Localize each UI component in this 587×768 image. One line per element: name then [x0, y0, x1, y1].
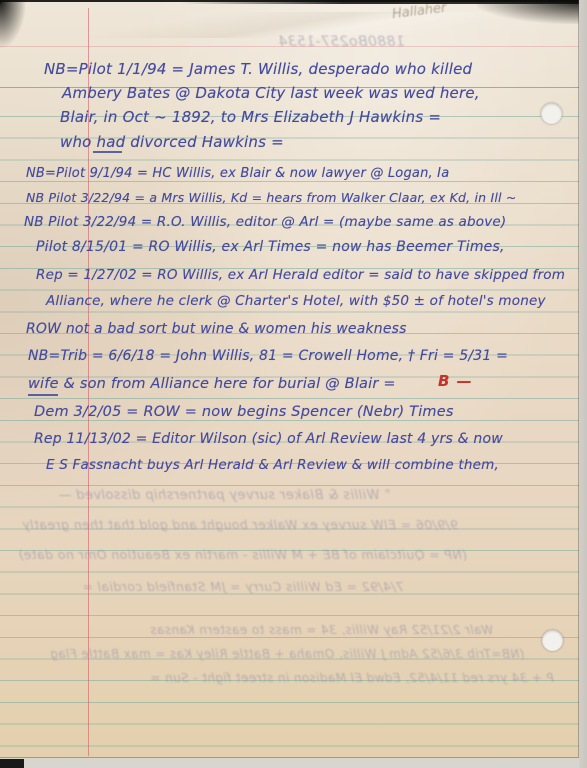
handwriting-line: Blair, in Oct ~ 1892, to Mrs Elizabeth J…: [60, 108, 441, 126]
handwriting-line: NB Pilot 3/22/94 = R.O. Willis, editor @…: [24, 214, 506, 230]
handwriting-line: Rep = 1/27/02 = RO Willis, ex Arl Herald…: [36, 267, 565, 283]
handwriting-line: Pilot 8/15/01 = RO Willis, ex Arl Times …: [36, 239, 505, 255]
bleedthrough-line: (NP = Quitclaim of BE + M Willis - marti…: [18, 547, 467, 562]
handwriting-line: Alliance, where he clerk @ Charter's Hot…: [46, 293, 546, 309]
underline-wife: [28, 394, 58, 396]
handwriting-line: E S Fassnacht buys Arl Herald & Arl Revi…: [46, 457, 499, 473]
red-ink-annotation: B —: [438, 372, 473, 390]
bleedthrough-line: " Willis & Blaker survey partnership dis…: [58, 488, 390, 503]
handwriting-line: Ambery Bates @ Dakota City last week was…: [62, 84, 480, 102]
handwriting-line: Rep 11/13/02 = Editor Wilson (sic) of Ar…: [34, 431, 503, 447]
bleedthrough-line: P + 34 yrs red 11/4/52, Edwd El Madison …: [150, 671, 554, 685]
handwriting-line: NB=Pilot 1/1/94 = James T. Willis, despe…: [44, 60, 472, 78]
handwriting-line: Dem 3/2/05 = ROW = now begins Spencer (N…: [34, 404, 454, 420]
scan-edge-bottom-left: [0, 759, 24, 768]
scan-edge-right: [578, 0, 587, 768]
bleedthrough-line: 7/4/92 = Ed Willis Curry = JM Stanfield …: [82, 579, 404, 594]
handwriting-line: wife & son from Alliance here for burial…: [28, 376, 396, 392]
bleedthrough-line: 9/9/06 = ElW survey ex Walker bought and…: [22, 517, 458, 532]
bleedthrough-line: (NB=Trib 3/6/52 Adm J Willis, Omaha + Ba…: [50, 647, 524, 661]
scanned-page: 1880Bo257-1534 Hallaher NB=Pilot 1/1/94 …: [0, 0, 587, 768]
handwriting-line: ROW not a bad sort but wine & women his …: [26, 321, 407, 337]
bleedthrough-line: Walr 2/21/52 Ray Willis, 34 = mass to ea…: [150, 623, 493, 637]
handwriting-line: NB=Pilot 9/1/94 = HC Willis, ex Blair & …: [26, 166, 449, 181]
scan-edge-top-left: [0, 0, 26, 48]
header-bleedthrough-text: 1880Bo257-1534: [278, 34, 405, 50]
scan-edge-bottom: [0, 757, 579, 768]
handwriting-line: NB Pilot 3/22/94 = a Mrs Willis, Kd = he…: [26, 190, 517, 205]
underline-had: [93, 151, 122, 153]
hole-punch-top: [541, 103, 562, 124]
handwriting-line: NB=Trib = 6/6/18 = John Willis, 81 = Cro…: [28, 348, 508, 364]
hole-punch-bottom: [542, 630, 563, 651]
handwriting-line: who had divorced Hawkins =: [60, 133, 284, 151]
scan-edge-top: [180, 0, 587, 4]
